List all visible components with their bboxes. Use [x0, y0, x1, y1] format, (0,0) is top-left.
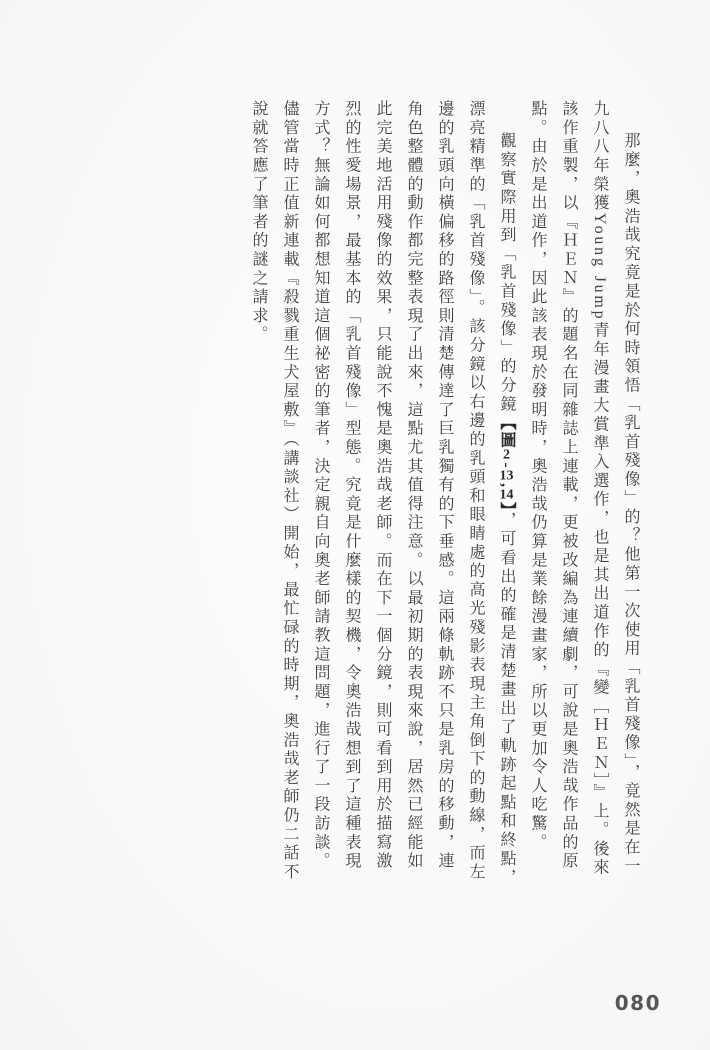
book-page: 那麼，奧浩哉究竟是於何時領悟「乳首殘像」的？他第一次使用「乳首殘像」，竟然是在一…: [0, 0, 710, 1050]
paragraph-2: 觀察實際用到「乳首殘像」的分鏡【圖2-13,14】，可看出的確是清楚畫出了軌跡起…: [243, 100, 522, 888]
article-body: 那麼，奧浩哉究竟是於何時領悟「乳首殘像」的？他第一次使用「乳首殘像」，竟然是在一…: [243, 100, 646, 888]
latin-young-jump: Young Jump: [591, 213, 608, 322]
figref-open-bracket: 【圖: [498, 414, 515, 448]
p1-segment-2: 青年漫畫大賞準入選作，也是其出道作的『變［: [591, 321, 608, 716]
hen-letters-2: ＨＥＮ: [560, 232, 577, 288]
p2-segment-1: 觀察實際用到「乳首殘像」的分鏡: [498, 132, 515, 414]
figref-number-1: 2: [499, 448, 514, 462]
figref-number-2: 13: [499, 469, 514, 483]
figure-reference: 【圖2-13,14】: [498, 414, 515, 511]
p2-segment-2: ，可看出的確是清楚畫出了軌跡起點和終點，漂亮精準的「乳首殘像」。該分鏡以右邊的乳…: [250, 100, 515, 887]
hen-letters-1: ＨＥＮ: [591, 716, 608, 772]
page-number: 080: [615, 991, 661, 1015]
figref-number-3: 14: [499, 488, 514, 502]
paragraph-1: 那麼，奧浩哉究竟是於何時領悟「乳首殘像」的？他第一次使用「乳首殘像」，竟然是在一…: [522, 100, 646, 888]
figref-close-bracket: 】: [498, 502, 515, 511]
